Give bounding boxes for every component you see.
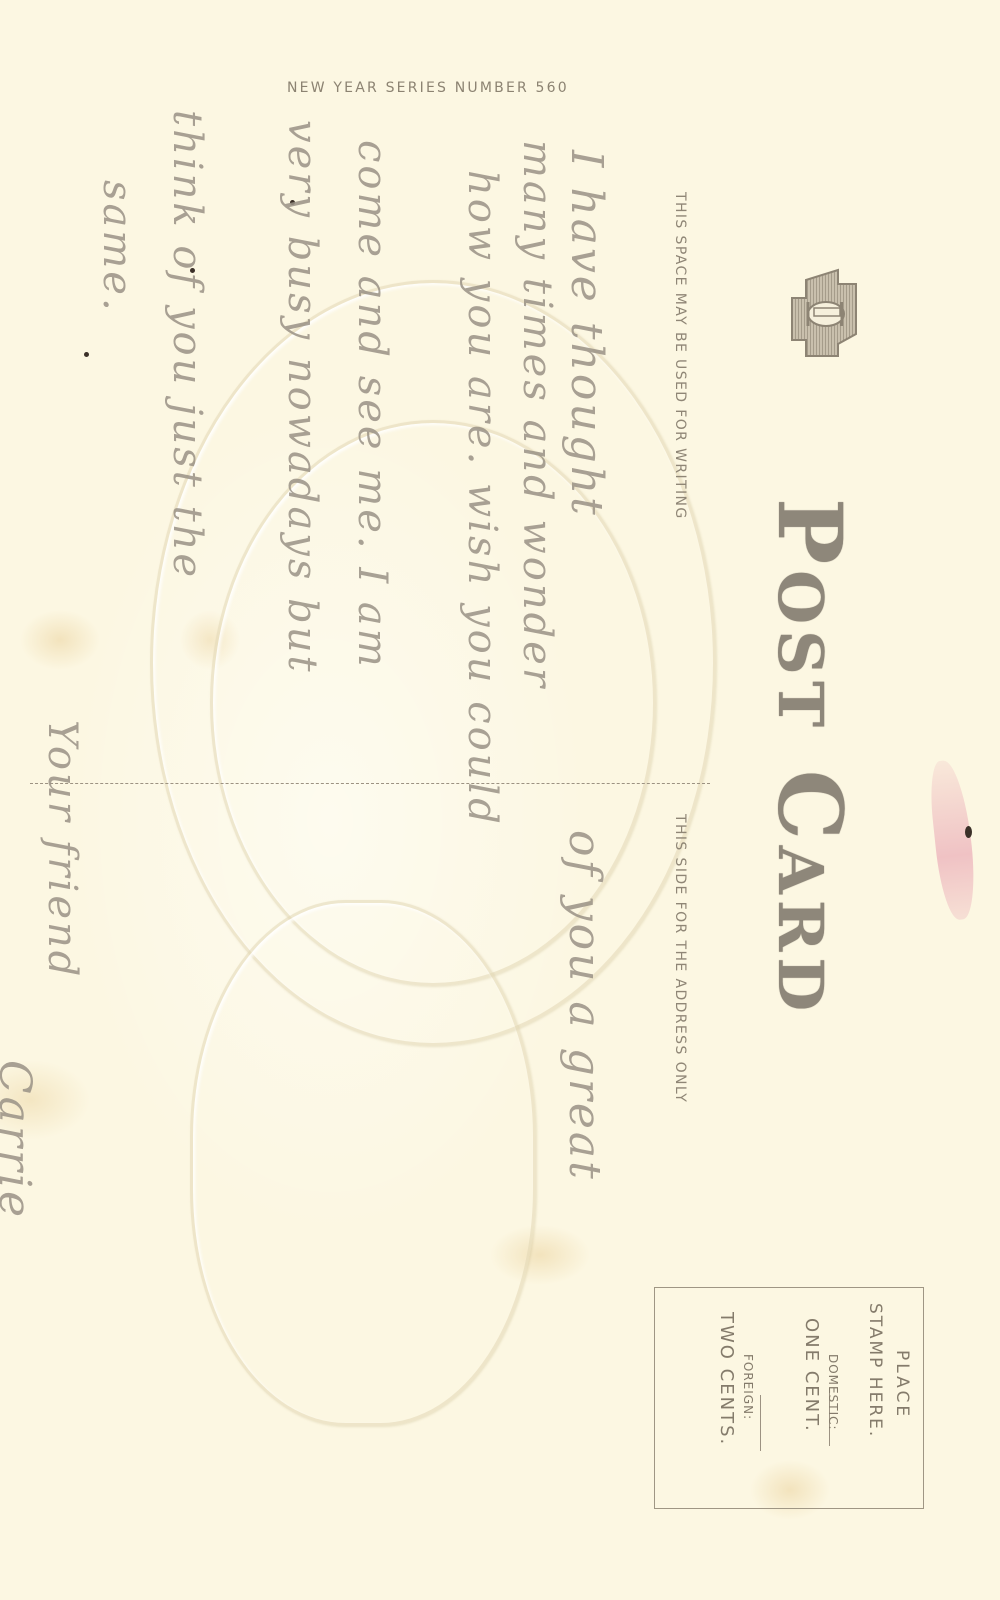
pink-postmark-mark	[927, 759, 980, 922]
writing-space-label: THIS SPACE MAY BE USED FOR WRITING	[672, 192, 688, 520]
handwritten-line: how you are. wish you could	[459, 170, 505, 827]
post-card-title: Post Card	[758, 498, 862, 1017]
handwritten-line: I have thought	[561, 150, 612, 518]
ink-spot	[965, 826, 972, 838]
handwritten-line: same.	[94, 180, 140, 314]
postcard-back: NEW YEAR SERIES NUMBER 560 THIS SPACE MA…	[0, 0, 1000, 1600]
foreign-label: FOREIGN:	[741, 1354, 755, 1420]
handwritten-line: Your friend	[39, 720, 85, 979]
stamp-place-text: PLACE	[892, 1350, 912, 1419]
stamp-rule	[760, 1395, 761, 1451]
handwritten-line: come and see me. I am	[349, 140, 395, 670]
handwritten-signature: Carrie	[0, 1060, 40, 1220]
center-divider	[30, 783, 710, 784]
domestic-label: DOMESTIC:	[826, 1354, 840, 1431]
emboss-ring-lower	[190, 900, 536, 1426]
foreign-rate: TWO CENTS.	[716, 1312, 737, 1446]
domestic-rate: ONE CENT.	[801, 1318, 822, 1433]
handwritten-line: of you a great	[559, 830, 610, 1182]
handwritten-line: think of you just the	[164, 110, 210, 580]
publisher-monogram-logo-icon	[786, 262, 866, 362]
handwritten-line: very busy nowadays but	[279, 120, 325, 675]
address-side-label: THIS SIDE FOR THE ADDRESS ONLY	[672, 814, 688, 1103]
handwritten-line: many times and wonder	[514, 140, 560, 690]
stamp-here-text: STAMP HERE.	[865, 1303, 885, 1438]
ink-spot	[84, 352, 89, 357]
series-label: NEW YEAR SERIES NUMBER 560	[287, 80, 569, 96]
